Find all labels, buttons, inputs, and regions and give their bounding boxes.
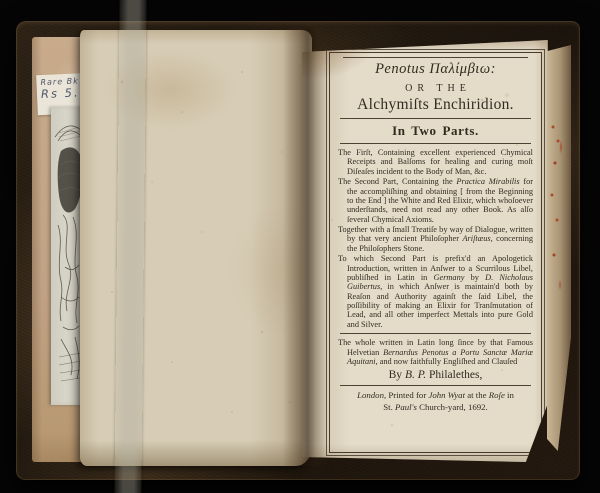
imprint: London, Printed for John Wyat at the Roſ… — [338, 390, 533, 413]
page-title-greek: Penotus Παλίμβιω: — [338, 61, 533, 78]
rule-divider — [340, 118, 531, 119]
or-the-line: OR THE — [338, 83, 533, 94]
byline: By B. P. Philalethes, — [338, 369, 533, 381]
contents-paragraph-3: Together with a ſmall Treatiſe by way of… — [338, 225, 533, 253]
contents-summary: The Firſt, Containing excellent experien… — [338, 148, 533, 329]
imprint-line1: London, Printed for John Wyat at the Roſ… — [338, 390, 533, 401]
contents-paragraph-2: The Second Part, Containing the Practica… — [338, 177, 533, 224]
contents-paragraph-4: To which Second Part is prefix'd an Apol… — [338, 254, 533, 329]
in-two-parts-heading: In Two Parts. — [338, 123, 533, 139]
rule-divider — [340, 385, 531, 386]
head-rule — [343, 57, 528, 58]
translucent-book-strap — [114, 0, 146, 493]
colophon-paragraph: The whole written in Latin long ſince by… — [338, 338, 533, 366]
title-page-rule-border: Penotus Παλίμβιω: OR THE Alchymiſts Ench… — [329, 52, 542, 453]
rule-divider — [340, 333, 531, 334]
contents-paragraph-1: The Firſt, Containing excellent experien… — [338, 148, 533, 176]
main-title: Alchymiſts Enchiridion. — [338, 96, 533, 114]
rule-divider — [340, 143, 531, 144]
title-page: Penotus Παλίμβιω: OR THE Alchymiſts Ench… — [302, 40, 548, 462]
open-book-photograph: Rare Bk Rs 5. — [0, 0, 600, 493]
imprint-line2: St. Paul's Church-yard, 1692. — [338, 402, 533, 413]
